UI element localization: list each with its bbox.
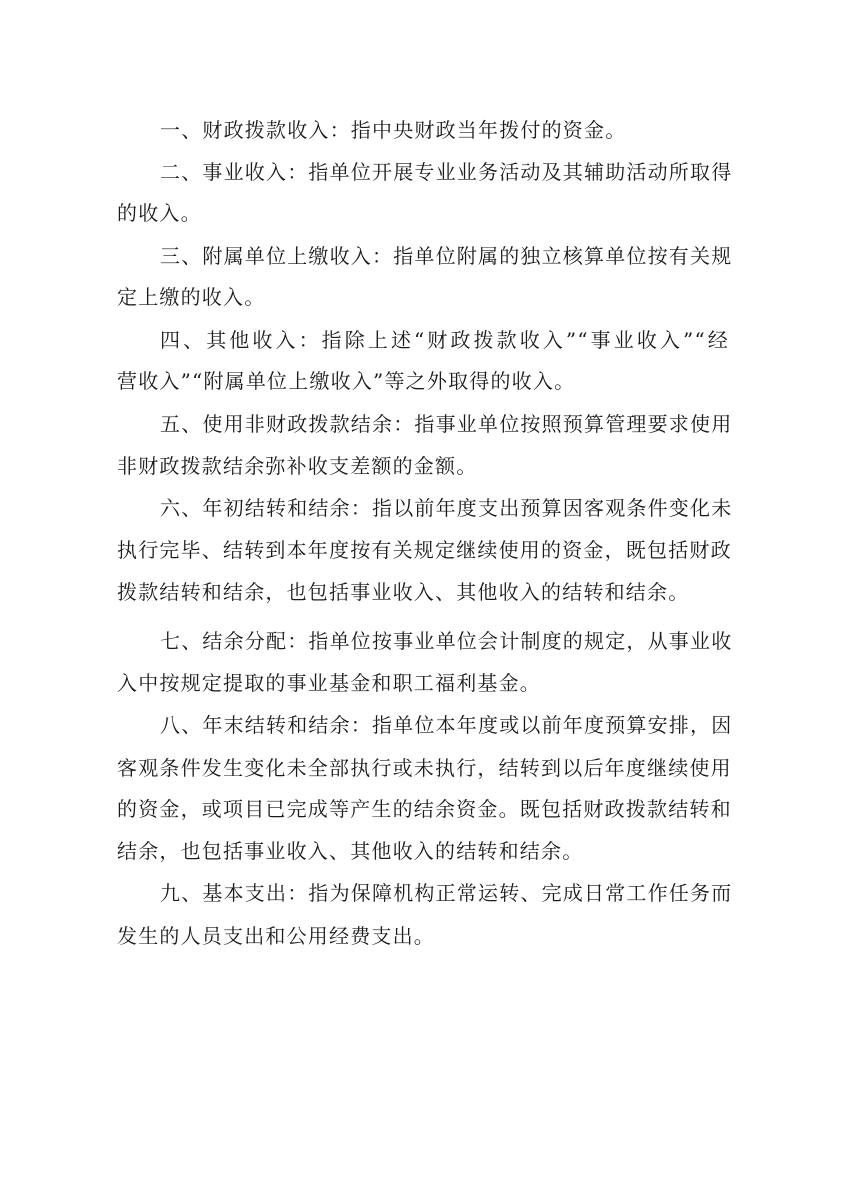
definition-5-line-1: 五、使用非财政拨款结余：指事业单位按照预算管理要求使用 <box>160 409 729 439</box>
definition-3-line-2: 定上缴的收入。 <box>117 282 729 312</box>
definition-3-line-1: 三、附属单位上缴收入：指单位附属的独立核算单位按有关规 <box>160 241 729 271</box>
definition-8-line-3: 的资金，或项目已完成等产生的结余资金。既包括财政拨款结转和 <box>117 794 729 824</box>
definition-5-line-2: 非财政拨款结余弥补收支差额的金额。 <box>117 451 729 481</box>
definition-8-line-4: 结余，也包括事业收入、其他收入的结转和结余。 <box>117 836 729 866</box>
definition-8-line-2: 客观条件发生变化未全部执行或未执行，结转到以后年度继续使用 <box>117 753 729 783</box>
definition-7-line-1: 七、结余分配：指单位按事业单位会计制度的规定，从事业收 <box>160 626 729 656</box>
definition-6-line-2: 执行完毕、结转到本年度按有关规定继续使用的资金，既包括财政 <box>117 535 729 565</box>
definition-6-line-3: 拨款结转和结余，也包括事业收入、其他收入的结转和结余。 <box>117 577 729 607</box>
definition-6-line-1: 六、年初结转和结余：指以前年度支出预算因客观条件变化未 <box>160 493 729 523</box>
definition-2-line-1: 二、事业收入：指单位开展专业业务活动及其辅助活动所取得 <box>160 157 729 187</box>
definition-7-line-2: 入中按规定提取的事业基金和职工福利基金。 <box>117 668 729 698</box>
definition-1-line-1: 一、财政拨款收入：指中央财政当年拨付的资金。 <box>160 115 729 145</box>
document-page: 一、财政拨款收入：指中央财政当年拨付的资金。 二、事业收入：指单位开展专业业务活… <box>0 0 843 1193</box>
definition-2-line-2: 的收入。 <box>117 198 729 228</box>
definition-9-line-2: 发生的人员支出和公用经费支出。 <box>117 921 729 951</box>
definition-4-line-2: 营收入”“附属单位上缴收入”等之外取得的收入。 <box>117 366 729 396</box>
definition-9-line-1: 九、基本支出：指为保障机构正常运转、完成日常工作任务而 <box>160 878 729 908</box>
definition-8-line-1: 八、年末结转和结余：指单位本年度或以前年度预算安排，因 <box>160 710 729 740</box>
definition-4-line-1: 四、其他收入：指除上述“财政拨款收入”“事业收入”“经 <box>160 325 729 355</box>
